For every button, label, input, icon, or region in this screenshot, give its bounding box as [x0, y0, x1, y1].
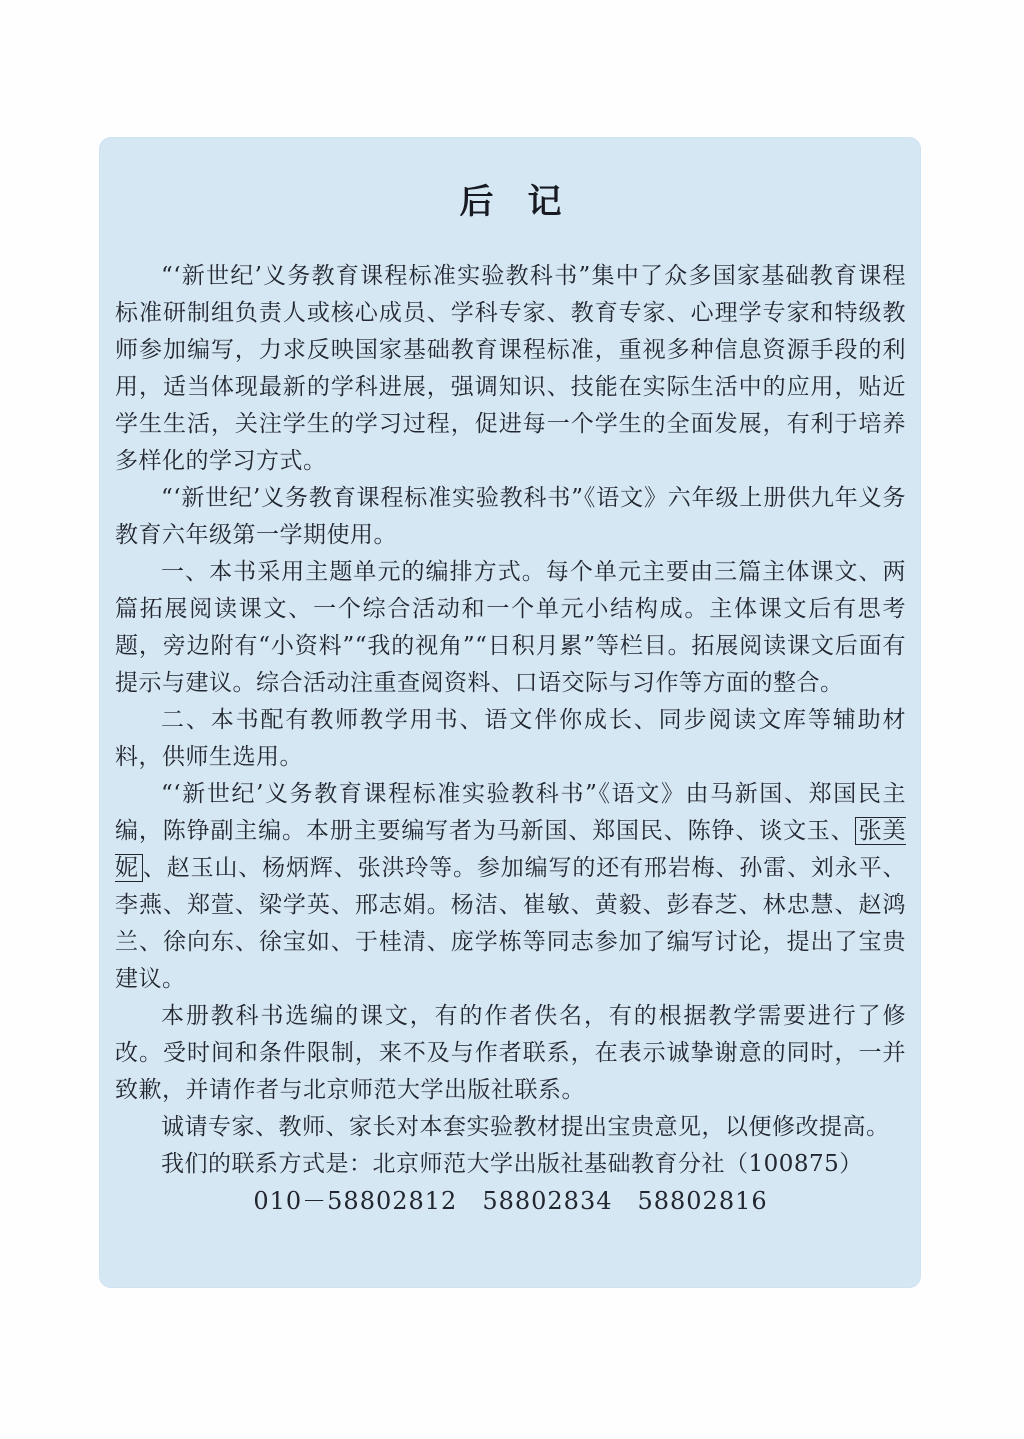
phone-numbers: 010－58802812 58802834 58802816: [115, 1183, 906, 1220]
paragraph-item1: 一、本书采用主题单元的编排方式。每个单元主要由三篇主体课文、两篇拓展阅读课文、一…: [115, 554, 906, 702]
paragraph-editors: “‘新世纪’义务教育课程标准实验教科书”《语文》由马新国、郑国民主编，陈铮副主编…: [115, 776, 906, 998]
page-title: 后 记: [115, 178, 906, 226]
paragraph-usage: “‘新世纪’义务教育课程标准实验教科书”《语文》六年级上册供九年义务教育六年级第…: [115, 480, 906, 554]
paragraph-invitation: 诚请专家、教师、家长对本套实验教材提出宝贵意见，以便修改提高。: [115, 1109, 906, 1146]
paragraph-apology: 本册教科书选编的课文，有的作者佚名，有的根据教学需要进行了修改。受时间和条件限制…: [115, 998, 906, 1109]
paragraph-item2: 二、本书配有教师教学用书、语文伴你成长、同步阅读文库等辅助材料，供师生选用。: [115, 702, 906, 776]
paragraph-intro: “‘新世纪’义务教育课程标准实验教科书”集中了众多国家基础教育课程标准研制组负责…: [115, 258, 906, 480]
editors-text-before: “‘新世纪’义务教育课程标准实验教科书”《语文》由马新国、郑国民主编，陈铮副主编…: [115, 781, 906, 844]
editors-text-after: 、赵玉山、杨炳辉、张洪玲等。参加编写的还有邢岩梅、孙雷、刘永平、李燕、郑萱、梁学…: [115, 855, 906, 992]
paragraph-contact: 我们的联系方式是：北京师范大学出版社基础教育分社（100875）: [115, 1146, 906, 1183]
afterword-card: 后 记 “‘新世纪’义务教育课程标准实验教科书”集中了众多国家基础教育课程标准研…: [99, 137, 921, 1288]
